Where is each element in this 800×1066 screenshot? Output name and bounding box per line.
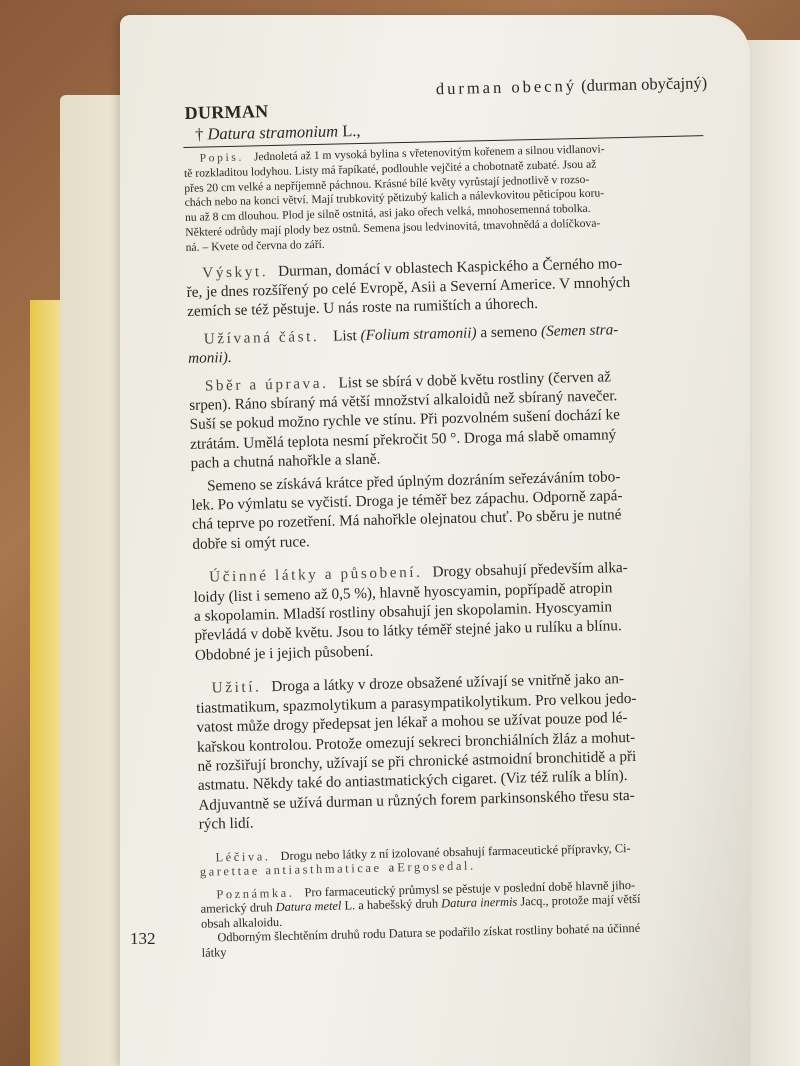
section-leciva: Léčiva.Drogu nebo látky z ní izolované o…	[199, 839, 715, 880]
text-line: Drogy obsahují především alka-	[432, 559, 628, 580]
section-label-popis: Popis.	[200, 151, 245, 165]
entry-title: DURMAN	[184, 101, 268, 124]
product-name: Ergosedal.	[397, 859, 476, 875]
page-content: DURMAN durman obecný (durman obyčajný) †…	[182, 73, 717, 960]
drug-name-leaf: (Folium stramonii)	[360, 324, 476, 344]
section-sber: Sběr a úprava.List se sbírá v době květu…	[189, 365, 708, 554]
section-label-poznamka: Poznámka.	[216, 885, 294, 901]
section-label-leciva: Léčiva.	[215, 849, 270, 864]
text-span: Jacq., protože mají větší	[520, 892, 640, 909]
text-span: a	[389, 860, 395, 874]
vernacular-names: durman obecný (durman obyčajný)	[436, 73, 708, 99]
section-uziti: Užití.Droga a látky v droze obsažené uží…	[195, 667, 713, 834]
section-uzivana-cast: Užívaná část. List (Folium stramonii) a …	[188, 318, 704, 368]
drug-name-seed: (Semen stra-	[541, 321, 619, 340]
text-span: List	[333, 327, 357, 345]
text-span: americký druh	[201, 900, 273, 916]
section-popis: Popis.Jednoletá až 1 m vysoká bylina s v…	[184, 140, 701, 255]
section-poznamka: Poznámka.Pro farmaceutický průmysl se pě…	[200, 876, 717, 960]
section-vyskyt: Výskyt.Durman, domácí v oblastech Kaspic…	[186, 252, 702, 322]
section-label-uziti: Užití.	[212, 679, 262, 697]
book-page: DURMAN durman obecný (durman obyčajný) †…	[120, 15, 750, 1066]
product-name: garettae antiasthmaticae	[200, 861, 382, 879]
text-span: a semeno	[480, 323, 537, 341]
section-label-sber: Sběr a úprava.	[205, 374, 329, 394]
text-span: L. a habešský druh	[344, 896, 438, 912]
czech-name: durman obecný	[436, 76, 578, 98]
page-number: 132	[130, 929, 156, 949]
slovak-name: (durman obyčajný)	[581, 73, 707, 95]
species-name: Datura metel	[276, 899, 342, 914]
species-name: Datura inermis	[441, 895, 517, 911]
section-label-uzivana-cast: Užívaná část.	[204, 328, 320, 348]
section-ucinne-latky: Účinné látky a působení.Drogy obsahují p…	[193, 556, 710, 665]
section-label-vyskyt: Výskyt.	[202, 263, 268, 281]
